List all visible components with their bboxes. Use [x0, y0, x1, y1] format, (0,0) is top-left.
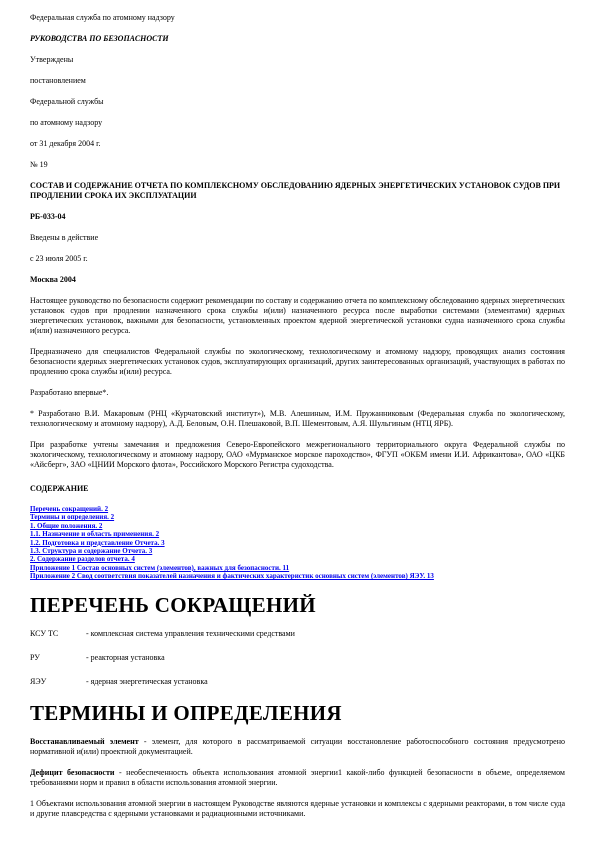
toc-link-section-1-3[interactable]: 1.3. Структура и содержание Отчета. 3 — [30, 547, 565, 555]
developed-first-line: Разработано впервые*. — [30, 388, 565, 398]
abbr-code: РУ — [30, 653, 86, 663]
toc-link-abbreviations[interactable]: Перечень сокращений. 2 — [30, 505, 565, 513]
terms-footnote: 1 Объектами использования атомной энерги… — [30, 799, 565, 819]
abbr-definition: - реакторная установка — [86, 653, 165, 663]
abbr-code: КСУ ТС — [30, 629, 86, 639]
abbr-definition: - ядерная энергетическая установка — [86, 677, 208, 687]
section-heading-abbreviations: ПЕРЕЧЕНЬ СОКРАЩЕНИЙ — [30, 593, 565, 617]
annotation-paragraph-1: Настоящее руководство по безопасности со… — [30, 296, 565, 336]
document-title: СОСТАВ И СОДЕРЖАНИЕ ОТЧЕТА ПО КОМПЛЕКСНО… — [30, 181, 565, 201]
toc-link-section-1-2[interactable]: 1.2. Подготовка и представление Отчета. … — [30, 539, 565, 547]
toc-link-section-1-1[interactable]: 1.1. Назначение и область применения. 2 — [30, 530, 565, 538]
document-number: РБ-033-04 — [30, 212, 565, 222]
approval-date-line: от 31 декабря 2004 г. — [30, 139, 565, 149]
toc-link-section-2[interactable]: 2. Содержание разделов отчета. 4 — [30, 555, 565, 563]
effective-line-1: Введены в действие — [30, 233, 565, 243]
city-year-line: Москва 2004 — [30, 275, 565, 285]
agency-line: Федеральная служба по атомному надзору — [30, 13, 565, 23]
abbr-row-yaeu: ЯЭУ - ядерная энергетическая установка — [30, 677, 565, 687]
approval-number-line: № 19 — [30, 160, 565, 170]
toc-heading: СОДЕРЖАНИЕ — [30, 484, 565, 494]
developers-footnote: * Разработано В.И. Макаровым (РНЦ «Курча… — [30, 409, 565, 429]
abbr-row-ru: РУ - реакторная установка — [30, 653, 565, 663]
effective-line-2: с 23 июля 2005 г. — [30, 254, 565, 264]
abbr-definition: - комплексная система управления техниче… — [86, 629, 295, 639]
approval-line-2: постановлением — [30, 76, 565, 86]
section-heading-terms: ТЕРМИНЫ И ОПРЕДЕЛЕНИЯ — [30, 701, 565, 725]
approval-line-3: Федеральной службы — [30, 97, 565, 107]
review-paragraph: При разработке учтены замечания и предло… — [30, 440, 565, 470]
toc-link-section-1[interactable]: 1. Общие положения. 2 — [30, 522, 565, 530]
document-page: Федеральная служба по атомному надзору Р… — [0, 0, 595, 842]
approval-line-4: по атомному надзору — [30, 118, 565, 128]
abbr-code: ЯЭУ — [30, 677, 86, 687]
toc-link-terms[interactable]: Термины и определения. 2 — [30, 513, 565, 521]
term-name: Дефицит безопасности — [30, 768, 115, 777]
toc-link-appendix-2[interactable]: Приложение 2 Свод соответствия показател… — [30, 572, 565, 580]
doc-type-line: РУКОВОДСТВА ПО БЕЗОПАСНОСТИ — [30, 34, 565, 44]
table-of-contents: Перечень сокращений. 2 Термины и определ… — [30, 505, 565, 581]
abbr-row-ksu-ts: КСУ ТС - комплексная система управления … — [30, 629, 565, 639]
term-name: Восстанавливаемый элемент — [30, 737, 139, 746]
toc-link-appendix-1[interactable]: Приложение 1 Состав основных систем (эле… — [30, 564, 565, 572]
approval-line-1: Утверждены — [30, 55, 565, 65]
annotation-paragraph-2: Предназначено для специалистов Федеральн… — [30, 347, 565, 377]
term-paragraph-safety-deficit: Дефицит безопасности - необеспеченность … — [30, 768, 565, 788]
term-paragraph-recoverable-element: Восстанавливаемый элемент - элемент, для… — [30, 737, 565, 757]
